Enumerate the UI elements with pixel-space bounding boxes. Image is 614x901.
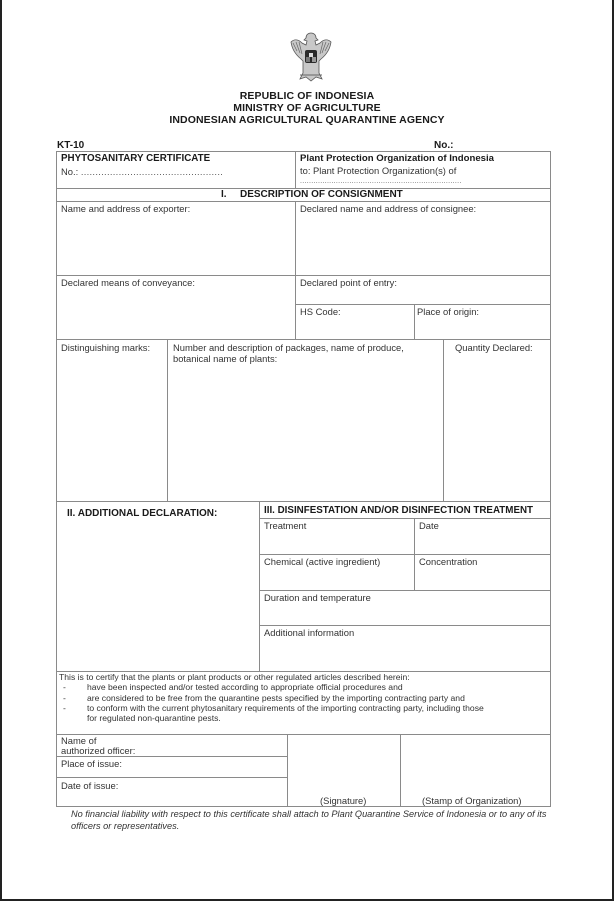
distinguishing-marks-label: Distinguishing marks: <box>61 342 150 353</box>
packages-label-line1: Number and description of packages, name… <box>173 342 404 353</box>
treatment-date-label: Date <box>419 520 439 531</box>
hs-code-field-label: HS Code: <box>300 306 341 317</box>
ministry-heading: MINISTRY OF AGRICULTURE <box>0 102 614 114</box>
destination-org-label: to: Plant Protection Organization(s) of <box>300 165 456 176</box>
certification-item: -to conform with the current phytosanita… <box>59 703 484 713</box>
exporter-field-label: Name and address of exporter: <box>61 203 190 214</box>
agency-heading: INDONESIAN AGRICULTURAL QUARANTINE AGENC… <box>0 114 614 126</box>
republic-heading: REPUBLIC OF INDONESIA <box>0 90 614 102</box>
place-of-origin-field-label: Place of origin: <box>417 306 479 317</box>
consignee-field-label: Declared name and address of consignee: <box>300 203 476 214</box>
organization-title: Plant Protection Organization of Indones… <box>300 153 494 164</box>
section-1-title: DESCRIPTION OF CONSIGNMENT <box>240 189 403 200</box>
signature-caption: (Signature) <box>320 795 366 806</box>
chemical-label: Chemical (active ingredient) <box>264 556 380 567</box>
destination-org-value[interactable]: ........................................… <box>300 176 462 187</box>
certificate-number-label: No.: <box>61 166 81 177</box>
garuda-emblem-icon <box>288 29 334 83</box>
certificate-number-field[interactable]: No.: ...................................… <box>61 166 223 177</box>
stamp-caption: (Stamp of Organization) <box>422 795 522 806</box>
packages-label-line2: botanical name of plants: <box>173 353 277 364</box>
certificate-number-value: ........................................… <box>81 166 223 177</box>
quantity-declared-label: Quantity Declared: <box>455 342 533 353</box>
certification-item-continuation: for regulated non-quarantine pests. <box>59 713 484 723</box>
liability-disclaimer: No financial liability with respect to t… <box>71 808 561 832</box>
entry-point-field-label: Declared point of entry: <box>300 277 397 288</box>
certification-intro: This is to certify that the plants or pl… <box>59 672 484 682</box>
form-code: KT-10 <box>57 140 84 151</box>
section-3-title: III. DISINFESTATION AND/OR DISINFECTION … <box>264 505 533 516</box>
concentration-label: Concentration <box>419 556 477 567</box>
date-of-issue-label: Date of issue: <box>61 780 118 791</box>
additional-information-label: Additional information <box>264 627 354 638</box>
section-2-title: II. ADDITIONAL DECLARATION: <box>67 508 217 519</box>
place-of-issue-label: Place of issue: <box>61 758 122 769</box>
duration-temperature-label: Duration and temperature <box>264 592 371 603</box>
officer-label-line2: authorized officer: <box>61 745 135 756</box>
treatment-label: Treatment <box>264 520 306 531</box>
certificate-title: PHYTOSANITARY CERTIFICATE <box>61 153 210 164</box>
certification-item: -have been inspected and/or tested accor… <box>59 682 484 692</box>
document-number-label: No.: <box>434 140 453 151</box>
conveyance-field-label: Declared means of conveyance: <box>61 277 195 288</box>
section-1-number: I. <box>221 189 227 200</box>
certification-statement: This is to certify that the plants or pl… <box>59 672 484 723</box>
certification-item: -are considered to be free from the quar… <box>59 693 484 703</box>
